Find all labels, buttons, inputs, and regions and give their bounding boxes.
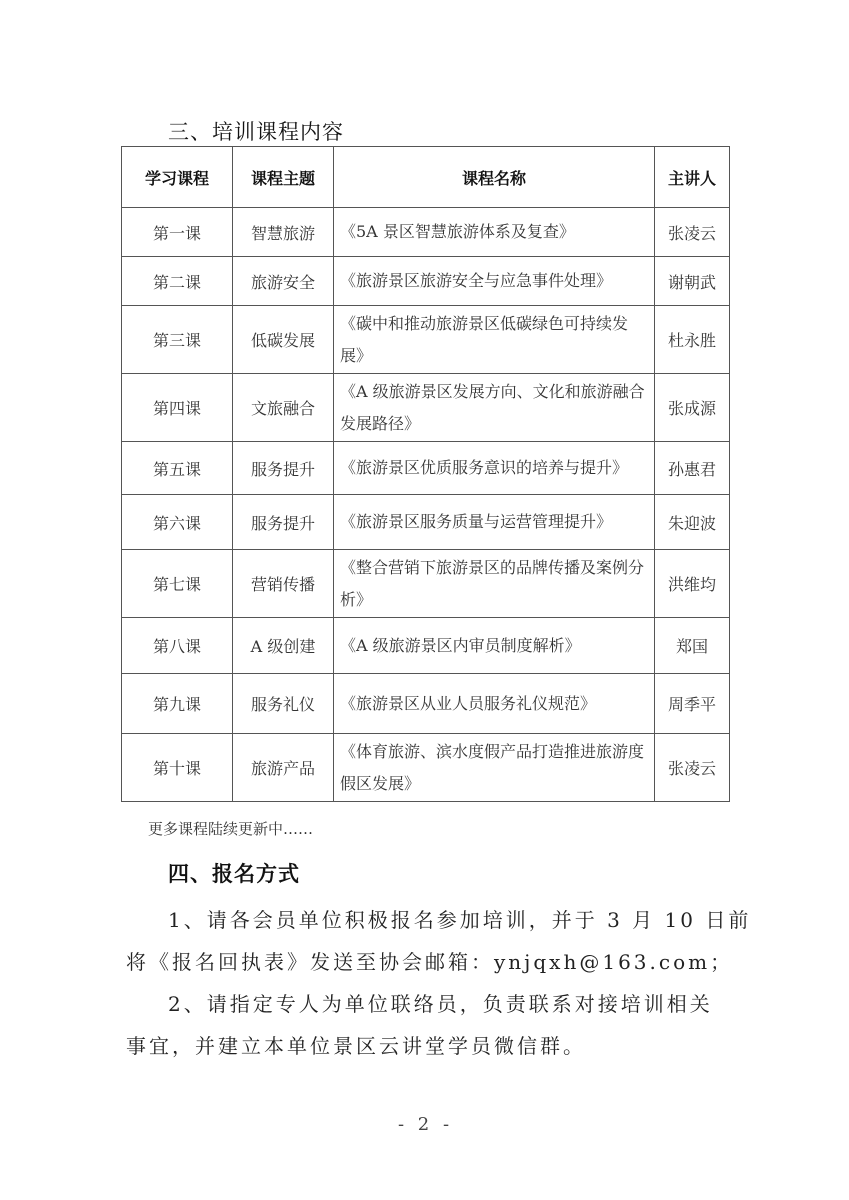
speaker-cell: 洪维均 (655, 550, 730, 618)
course-name-cell: 《整合营销下旅游景区的品牌传播及案例分析》 (334, 550, 655, 618)
topic-cell: 文旅融合 (233, 374, 334, 442)
table-row: 第八课 A 级创建 《A 级旅游景区内审员制度解析》 郑国 (122, 618, 730, 674)
speaker-cell: 张凌云 (655, 734, 730, 802)
topic-cell: 旅游产品 (233, 734, 334, 802)
lesson-cell: 第九课 (122, 674, 233, 734)
header-lesson: 学习课程 (122, 147, 233, 208)
table-row: 第九课 服务礼仪 《旅游景区从业人员服务礼仪规范》 周季平 (122, 674, 730, 734)
speaker-cell: 杜永胜 (655, 306, 730, 374)
table-row: 第三课 低碳发展 《碳中和推动旅游景区低碳绿色可持续发展》 杜永胜 (122, 306, 730, 374)
section-3-heading: 三、培训课程内容 (168, 116, 344, 146)
topic-cell: 旅游安全 (233, 257, 334, 306)
lesson-cell: 第七课 (122, 550, 233, 618)
header-speaker: 主讲人 (655, 147, 730, 208)
lesson-cell: 第一课 (122, 208, 233, 257)
lesson-cell: 第五课 (122, 442, 233, 495)
topic-cell: 低碳发展 (233, 306, 334, 374)
topic-cell: 智慧旅游 (233, 208, 334, 257)
section-4-heading: 四、报名方式 (168, 858, 300, 888)
speaker-cell: 朱迎波 (655, 495, 730, 550)
course-table: 学习课程 课程主题 课程名称 主讲人 第一课 智慧旅游 《5A 景区智慧旅游体系… (121, 146, 730, 802)
course-name-cell: 《旅游景区优质服务意识的培养与提升》 (334, 442, 655, 495)
registration-paragraph-1-line-1: 1、请各会员单位积极报名参加培训，并于 3 月 10 日前 (168, 904, 751, 933)
speaker-cell: 张成源 (655, 374, 730, 442)
course-name-cell: 《体育旅游、滨水度假产品打造推进旅游度假区发展》 (334, 734, 655, 802)
table-row: 第五课 服务提升 《旅游景区优质服务意识的培养与提升》 孙惠君 (122, 442, 730, 495)
course-name-cell: 《碳中和推动旅游景区低碳绿色可持续发展》 (334, 306, 655, 374)
more-courses-note: 更多课程陆续更新中…… (148, 818, 313, 839)
registration-paragraph-1-line-2: 将《报名回执表》发送至协会邮箱：ynjqxh@163.com； (126, 946, 733, 975)
topic-cell: A 级创建 (233, 618, 334, 674)
table-row: 第六课 服务提升 《旅游景区服务质量与运营管理提升》 朱迎波 (122, 495, 730, 550)
registration-paragraph-2-line-2: 事宜，并建立本单位景区云讲堂学员微信群。 (126, 1030, 586, 1059)
page-number: - 2 - (398, 1114, 453, 1135)
table-row: 第七课 营销传播 《整合营销下旅游景区的品牌传播及案例分析》 洪维均 (122, 550, 730, 618)
table-row: 第四课 文旅融合 《A 级旅游景区发展方向、文化和旅游融合发展路径》 张成源 (122, 374, 730, 442)
speaker-cell: 孙惠君 (655, 442, 730, 495)
speaker-cell: 郑国 (655, 618, 730, 674)
topic-cell: 服务礼仪 (233, 674, 334, 734)
table-row: 第一课 智慧旅游 《5A 景区智慧旅游体系及复查》 张凌云 (122, 208, 730, 257)
speaker-cell: 张凌云 (655, 208, 730, 257)
course-name-cell: 《旅游景区从业人员服务礼仪规范》 (334, 674, 655, 734)
course-name-cell: 《旅游景区服务质量与运营管理提升》 (334, 495, 655, 550)
table-row: 第十课 旅游产品 《体育旅游、滨水度假产品打造推进旅游度假区发展》 张凌云 (122, 734, 730, 802)
speaker-cell: 周季平 (655, 674, 730, 734)
table-row: 第二课 旅游安全 《旅游景区旅游安全与应急事件处理》 谢朝武 (122, 257, 730, 306)
topic-cell: 服务提升 (233, 495, 334, 550)
header-topic: 课程主题 (233, 147, 334, 208)
header-course-name: 课程名称 (334, 147, 655, 208)
table-header-row: 学习课程 课程主题 课程名称 主讲人 (122, 147, 730, 208)
lesson-cell: 第四课 (122, 374, 233, 442)
course-name-cell: 《5A 景区智慧旅游体系及复查》 (334, 208, 655, 257)
speaker-cell: 谢朝武 (655, 257, 730, 306)
course-name-cell: 《A 级旅游景区发展方向、文化和旅游融合发展路径》 (334, 374, 655, 442)
course-name-cell: 《A 级旅游景区内审员制度解析》 (334, 618, 655, 674)
course-name-cell: 《旅游景区旅游安全与应急事件处理》 (334, 257, 655, 306)
lesson-cell: 第三课 (122, 306, 233, 374)
lesson-cell: 第二课 (122, 257, 233, 306)
lesson-cell: 第十课 (122, 734, 233, 802)
registration-paragraph-2-line-1: 2、请指定专人为单位联络员，负责联系对接培训相关 (168, 988, 713, 1017)
topic-cell: 营销传播 (233, 550, 334, 618)
lesson-cell: 第八课 (122, 618, 233, 674)
topic-cell: 服务提升 (233, 442, 334, 495)
lesson-cell: 第六课 (122, 495, 233, 550)
